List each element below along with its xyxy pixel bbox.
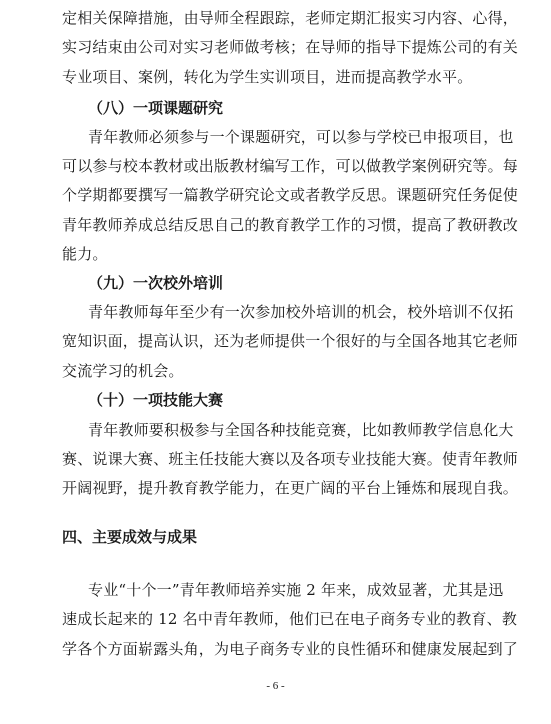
section-heading-10: （十）一项技能大赛 — [88, 390, 223, 410]
section-heading-9: （九）一次校外培训 — [88, 273, 223, 293]
page-number: - 6 - — [0, 680, 551, 692]
main-section-heading: 四、主要成效与成果 — [62, 527, 197, 547]
paragraph-line: 青年教师每年至少有一次参加校外培训的机会，校外培训不仅拓 — [88, 302, 456, 322]
paragraph-line: 专业“十个一”青年教师培养实施 2 年来，成效显著，尤其是迅 — [88, 580, 456, 600]
paragraph-line: 青年教师养成总结反思自己的教育教学工作的习惯，提高了教研教改 — [62, 215, 456, 235]
paragraph-line: 实习结束由公司对实习老师做考核；在导师的指导下提炼公司的有关 — [62, 37, 456, 57]
section-heading-8: （八）一项课题研究 — [88, 98, 223, 118]
paragraph-line: 学各个方面崭露头角，为电子商务专业的良性循环和健康发展起到了 — [62, 639, 456, 659]
paragraph-line: 定相关保障措施，由导师全程跟踪，老师定期汇报实习内容、心得， — [62, 8, 456, 28]
paragraph-line: 青年教师要积极参与全国各种技能竞赛，比如教师教学信息化大 — [88, 420, 456, 440]
paragraph-line: 速成长起来的 12 名中青年教师，他们已在电子商务专业的教育、教 — [62, 609, 456, 629]
paragraph-line: 交流学习的机会。 — [62, 361, 456, 381]
paragraph-line: 可以参与校本教材或出版教材编写工作，可以做教学案例研究等。每 — [62, 156, 456, 176]
paragraph-line: 个学期都要撰写一篇教学研究论文或者教学反思。课题研究任务促使 — [62, 185, 456, 205]
paragraph-line: 能力。 — [62, 244, 456, 264]
paragraph-line: 宽知识面，提高认识，还为老师提供一个很好的与全国各地其它老师 — [62, 331, 456, 351]
paragraph-line: 开阔视野，提升教育教学能力，在更广阔的平台上锤炼和展现自我。 — [62, 478, 456, 498]
paragraph-line: 专业项目、案例，转化为学生实训项目，进而提高教学水平。 — [62, 67, 456, 87]
paragraph-line: 青年教师必须参与一个课题研究，可以参与学校已申报项目，也 — [88, 127, 456, 147]
paragraph-line: 赛、说课大赛、班主任技能大赛以及各项专业技能大赛。使青年教师 — [62, 449, 456, 469]
